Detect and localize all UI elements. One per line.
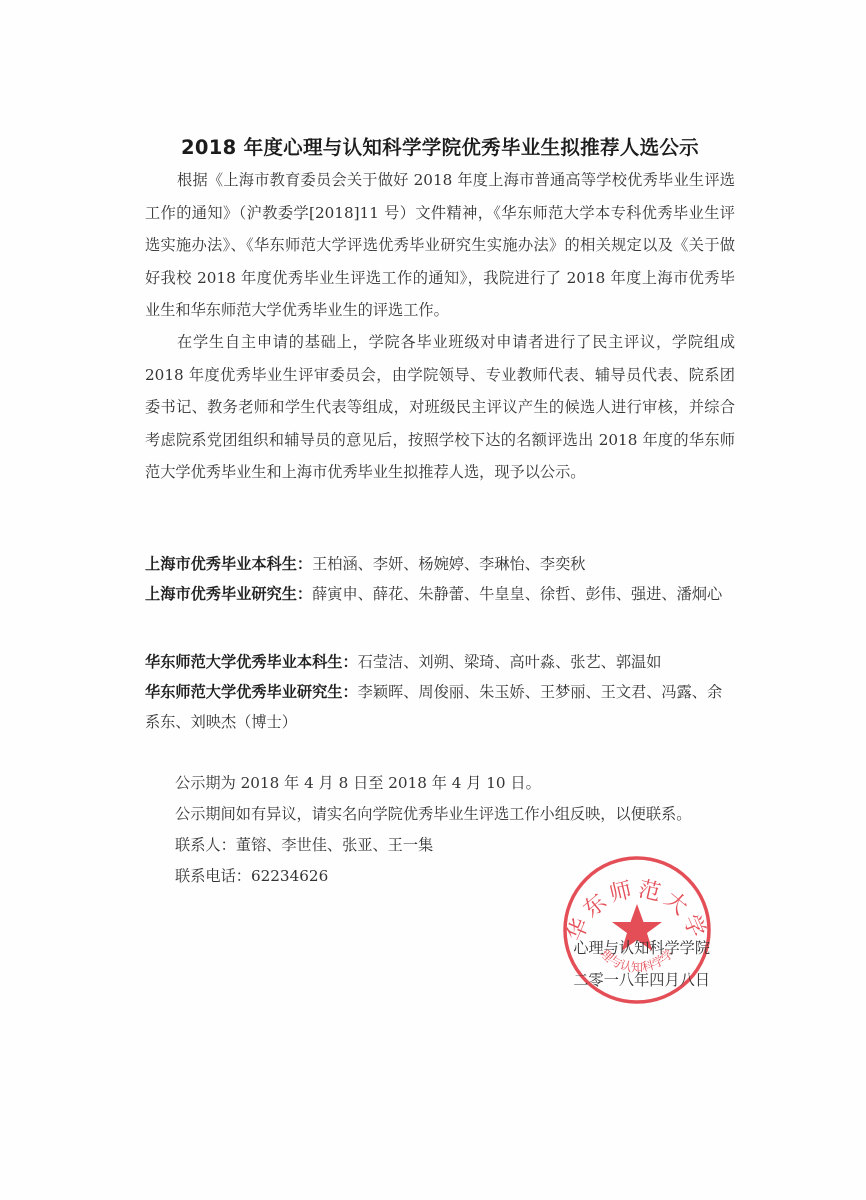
candidate-entry-ecnu-graduate: 华东师范大学优秀毕业研究生：李颖晖、周俊丽、朱玉娇、王梦丽、王文君、冯露、余系东… [145, 677, 735, 737]
candidate-entry-ecnu-undergrad: 华东师范大学优秀毕业本科生：石莹洁、刘朔、梁琦、高叶淼、张艺、郭温如 [145, 647, 735, 677]
process-section: 在学生自主申请的基础上，学院各毕业班级对申请者进行了民主评议，学院组成 2018… [145, 326, 735, 489]
process-paragraph: 在学生自主申请的基础上，学院各毕业班级对申请者进行了民主评议，学院组成 2018… [145, 326, 735, 489]
candidate-category-label: 华东师范大学优秀毕业本科生： [145, 653, 358, 671]
signature-block: 心理与认知科学学院 二零一八年四月八日 [560, 932, 710, 996]
candidate-category-label: 上海市优秀毕业本科生： [145, 555, 312, 573]
notice-period: 公示期为 2018 年 4 月 8 日至 2018 年 4 月 10 日。 [175, 768, 745, 799]
candidate-category-label: 华东师范大学优秀毕业研究生： [145, 683, 358, 701]
candidate-names: 薛寅申、薛花、朱静蕾、牛皇皇、徐哲、彭伟、强进、潘炯心 [312, 585, 722, 603]
document-page: 2018 年度心理与认知科学学院优秀毕业生拟推荐人选公示 根据《上海市教育委员会… [0, 0, 866, 1200]
signature-organization: 心理与认知科学学院 [560, 932, 710, 964]
notice-objection: 公示期间如有异议，请实名向学院优秀毕业生评选工作小组反映，以便联系。 [175, 799, 745, 830]
shanghai-candidates-list: 上海市优秀毕业本科生：王柏涵、李妍、杨婉婷、李琳怡、李奕秋 上海市优秀毕业研究生… [145, 549, 735, 609]
intro-section: 根据《上海市教育委员会关于做好 2018 年度上海市普通高等学校优秀毕业生评选工… [145, 164, 735, 327]
ecnu-candidates-list: 华东师范大学优秀毕业本科生：石莹洁、刘朔、梁琦、高叶淼、张艺、郭温如 华东师范大… [145, 647, 735, 737]
document-title: 2018 年度心理与认知科学学院优秀毕业生拟推荐人选公示 [140, 132, 740, 160]
candidate-entry-shanghai-undergrad: 上海市优秀毕业本科生：王柏涵、李妍、杨婉婷、李琳怡、李奕秋 [145, 549, 735, 579]
signature-date: 二零一八年四月八日 [560, 964, 710, 996]
intro-paragraph: 根据《上海市教育委员会关于做好 2018 年度上海市普通高等学校优秀毕业生评选工… [145, 164, 735, 327]
candidate-entry-shanghai-graduate: 上海市优秀毕业研究生：薛寅申、薛花、朱静蕾、牛皇皇、徐哲、彭伟、强进、潘炯心 [145, 579, 735, 609]
candidate-names: 王柏涵、李妍、杨婉婷、李琳怡、李奕秋 [312, 555, 585, 573]
candidate-names: 石莹洁、刘朔、梁琦、高叶淼、张艺、郭温如 [358, 653, 662, 671]
candidate-category-label: 上海市优秀毕业研究生： [145, 585, 312, 603]
